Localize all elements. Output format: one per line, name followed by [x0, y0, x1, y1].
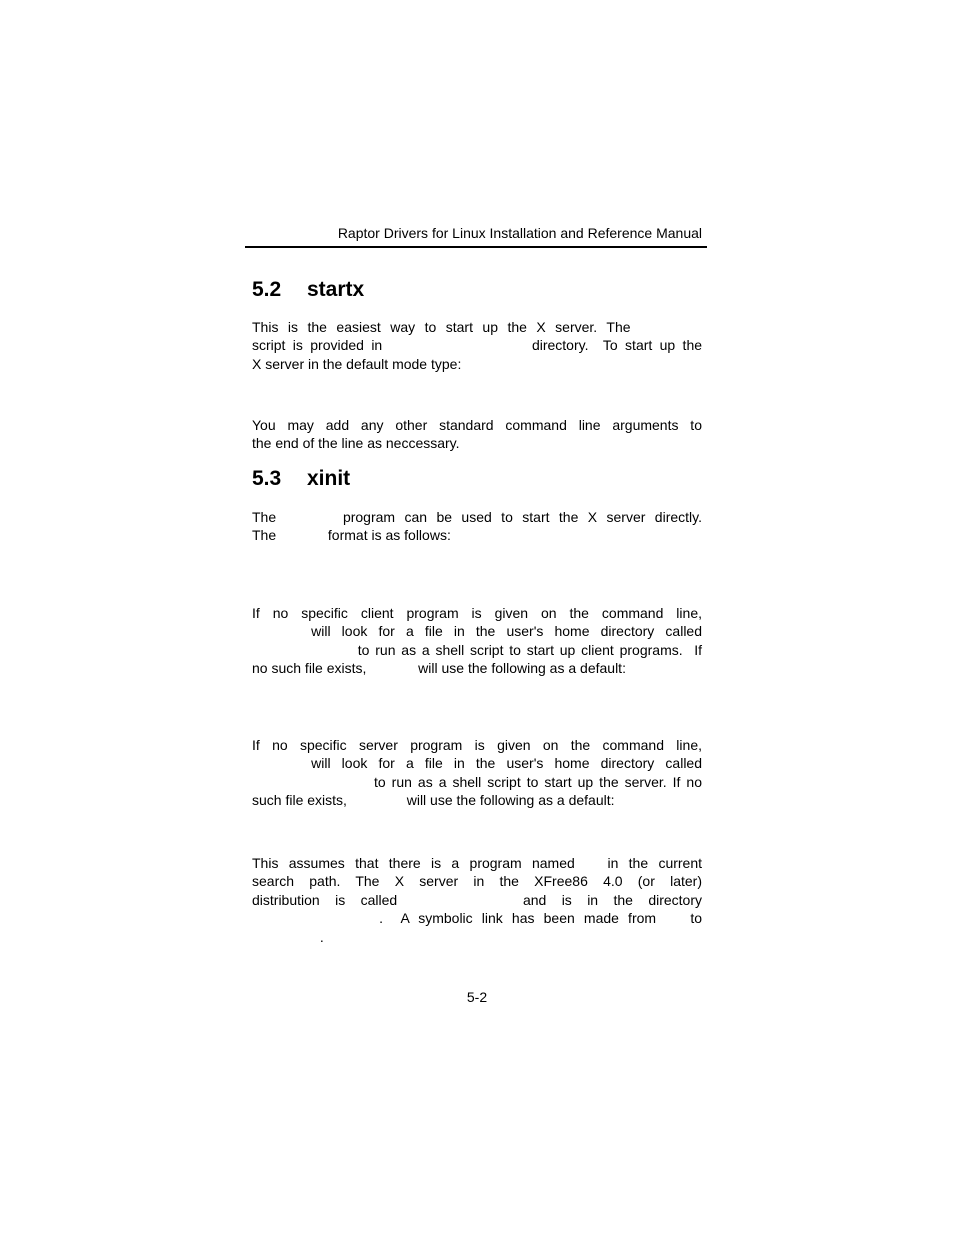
text-run: to run as a shell script to start up the…	[374, 774, 702, 790]
blank-placeholder	[413, 904, 508, 905]
text-line: will look for a file in the user's home …	[252, 754, 702, 772]
text-run: script is provided in	[252, 337, 382, 353]
text-run: such file exists,	[252, 792, 347, 808]
text-run: program can be used to start the X serve…	[343, 509, 702, 525]
text-run: will look for a file in the user's home …	[311, 755, 702, 771]
blank-placeholder	[252, 941, 316, 942]
blank-placeholder	[280, 539, 324, 540]
text-run: X server in the default mode type:	[252, 356, 461, 372]
text-run: search path. The X server in the XFree86…	[252, 873, 702, 889]
text-run: The	[252, 509, 276, 525]
blank-placeholder	[390, 349, 525, 350]
text-run: and is in the directory	[523, 892, 702, 908]
text-run: This is the easiest way to start up the …	[252, 319, 631, 335]
text-run: directory. To start up the	[532, 337, 702, 353]
text-line: This is the easiest way to start up the …	[252, 318, 702, 336]
text-line: You may add any other standard command l…	[252, 416, 702, 434]
paragraph-server-program: If no specific server program is given o…	[252, 736, 702, 810]
text-run: If no specific client program is given o…	[252, 605, 702, 621]
section-title: xinit	[307, 467, 350, 490]
header-rule	[245, 246, 707, 248]
text-run: will use the following as a default:	[418, 660, 626, 676]
paragraph-client-program: If no specific client program is given o…	[252, 604, 702, 678]
text-line: .	[252, 928, 702, 946]
section-number: 5.2	[252, 277, 307, 302]
text-run: The	[252, 527, 276, 543]
blank-placeholder	[351, 804, 403, 805]
blank-placeholder	[585, 867, 597, 868]
text-line: to run as a shell script to start up cli…	[252, 641, 702, 659]
text-line: The program can be used to start the X s…	[252, 508, 702, 526]
text-line: distribution is called and is in the dir…	[252, 891, 702, 909]
document-page: Raptor Drivers for Linux Installation an…	[0, 0, 954, 1235]
text-run: . A symbolic link has been made from	[379, 910, 656, 926]
text-run: distribution is called	[252, 892, 397, 908]
text-line: search path. The X server in the XFree86…	[252, 872, 702, 890]
text-run: to	[690, 910, 702, 926]
blank-placeholder	[370, 672, 414, 673]
text-run: If no specific server program is given o…	[252, 737, 702, 753]
text-line: If no specific server program is given o…	[252, 736, 702, 754]
text-run: will look for a file in the user's home …	[311, 623, 702, 639]
section-heading-5-2: 5.2startx	[252, 277, 702, 302]
blank-placeholder	[252, 922, 370, 923]
running-header: Raptor Drivers for Linux Installation an…	[252, 224, 702, 242]
text-line: such file exists, will use the following…	[252, 791, 702, 809]
text-line: X server in the default mode type:	[252, 355, 702, 373]
text-run: in the current	[607, 855, 702, 871]
text-line: . A symbolic link has been made from to	[252, 909, 702, 927]
text-line: no such file exists, will use the follow…	[252, 659, 702, 677]
text-run: This assumes that there is a program nam…	[252, 855, 575, 871]
text-line: to run as a shell script to start up the…	[252, 773, 702, 791]
text-line: will look for a file in the user's home …	[252, 622, 702, 640]
paragraph-command-arguments: You may add any other standard command l…	[252, 416, 702, 453]
text-line: the end of the line as neccessary.	[252, 434, 702, 452]
blank-placeholder	[252, 786, 368, 787]
blank-placeholder	[665, 922, 681, 923]
text-run: You may add any other standard command l…	[252, 417, 702, 433]
paragraph-startx-intro: This is the easiest way to start up the …	[252, 318, 702, 373]
page-number: 5-2	[252, 988, 702, 1006]
blank-placeholder	[252, 635, 300, 636]
text-run: format is as follows:	[328, 527, 451, 543]
text-run: .	[320, 929, 324, 945]
text-run: no such file exists,	[252, 660, 366, 676]
text-line: If no specific client program is given o…	[252, 604, 702, 622]
blank-placeholder	[252, 654, 352, 655]
text-line: script is provided in directory. To star…	[252, 336, 702, 354]
blank-placeholder	[252, 767, 300, 768]
text-run: the end of the line as neccessary.	[252, 435, 460, 451]
section-heading-5-3: 5.3xinit	[252, 466, 702, 491]
blank-placeholder	[640, 331, 702, 332]
paragraph-xinit-intro: The program can be used to start the X s…	[252, 508, 702, 545]
text-run: to run as a shell script to start up cli…	[358, 642, 702, 658]
text-run: will use the following as a default:	[407, 792, 615, 808]
section-number: 5.3	[252, 466, 307, 491]
blank-placeholder	[286, 521, 334, 522]
text-line: This assumes that there is a program nam…	[252, 854, 702, 872]
section-title: startx	[307, 278, 364, 301]
text-line: The format is as follows:	[252, 526, 702, 544]
paragraph-search-path: This assumes that there is a program nam…	[252, 854, 702, 946]
